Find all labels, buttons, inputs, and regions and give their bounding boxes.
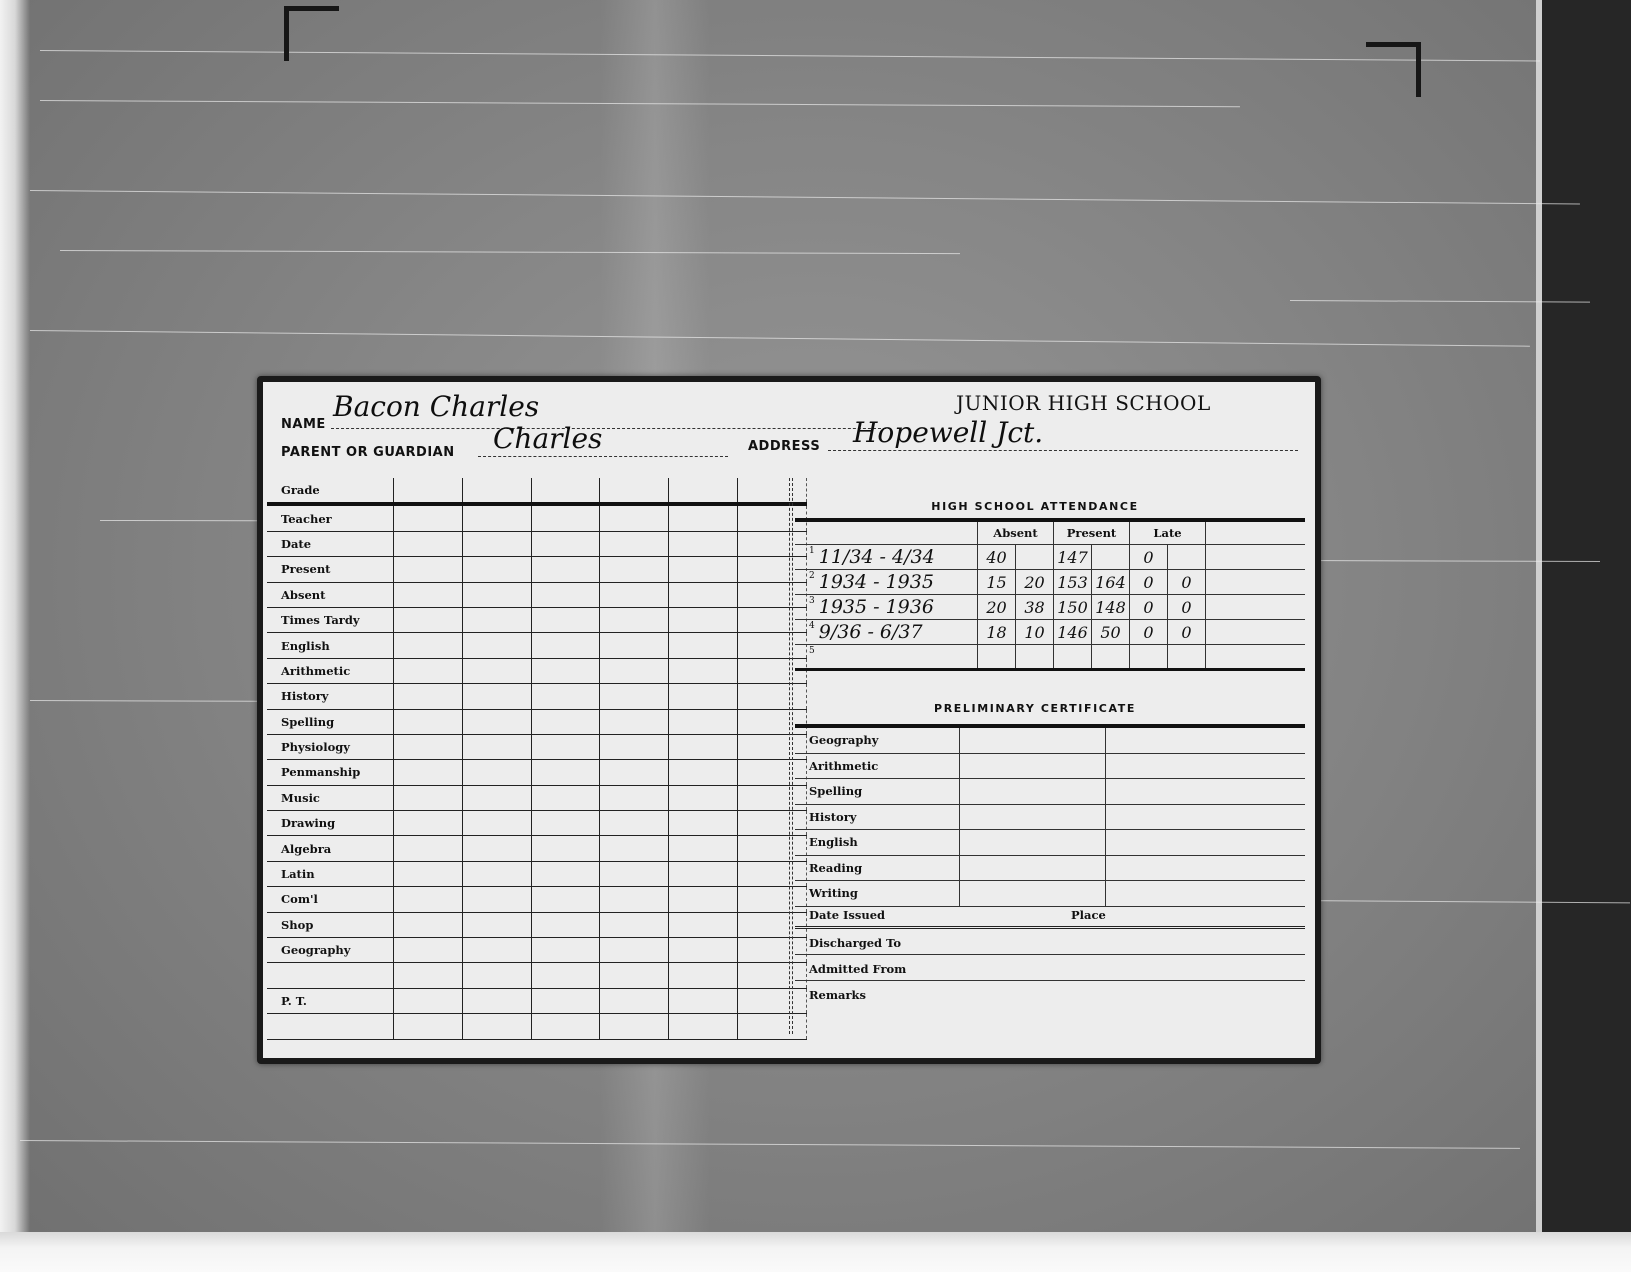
attendance-absent-value bbox=[1016, 545, 1054, 570]
certificate-cell bbox=[960, 830, 1106, 856]
certificate-cell bbox=[1106, 830, 1306, 856]
footer-field-label: Discharged To bbox=[809, 936, 901, 950]
attendance-table: AbsentPresentLate111/34 - 4/344014702193… bbox=[795, 522, 1305, 670]
attendance-row: 31935 - 1936203815014800 bbox=[795, 595, 1305, 620]
grade-cell bbox=[669, 938, 738, 963]
name-line bbox=[331, 428, 891, 429]
grade-cell bbox=[462, 478, 531, 504]
grade-cell bbox=[531, 760, 600, 785]
grade-cell bbox=[531, 836, 600, 861]
parent-value: Charles bbox=[493, 422, 602, 455]
grade-cell bbox=[462, 785, 531, 810]
grades-row-label: Latin bbox=[267, 861, 394, 886]
attendance-header-cell bbox=[795, 522, 978, 545]
grade-cell bbox=[462, 504, 531, 531]
grade-cell bbox=[394, 938, 463, 963]
grade-cell bbox=[669, 734, 738, 759]
grade-cell bbox=[394, 557, 463, 582]
attendance-row: 49/36 - 6/3718101465000 bbox=[795, 620, 1305, 645]
grade-cell bbox=[394, 988, 463, 1013]
grade-cell bbox=[669, 633, 738, 658]
certificate-row: Reading bbox=[795, 855, 1305, 881]
grade-cell bbox=[531, 504, 600, 531]
attendance-extra-cell bbox=[1206, 545, 1306, 570]
certificate-table: GeographyArithmeticSpellingHistoryEnglis… bbox=[795, 728, 1305, 907]
attendance-header-cell: Absent bbox=[978, 522, 1054, 545]
attendance-late-value: 0 bbox=[1130, 570, 1168, 595]
row-number: 3 bbox=[809, 596, 815, 606]
grade-cell bbox=[394, 760, 463, 785]
grade-cell bbox=[669, 504, 738, 531]
grade-cell bbox=[394, 887, 463, 912]
grade-cell bbox=[531, 811, 600, 836]
grade-cell bbox=[394, 861, 463, 886]
row-number: 1 bbox=[809, 546, 815, 556]
grade-cell bbox=[531, 963, 600, 988]
grades-row: Shop bbox=[267, 912, 807, 937]
attendance-late-value bbox=[1168, 545, 1206, 570]
school-title: JUNIOR HIGH SCHOOL bbox=[956, 391, 1211, 415]
grade-cell bbox=[600, 582, 669, 607]
grade-cell bbox=[462, 836, 531, 861]
attendance-extra-cell bbox=[1206, 620, 1306, 645]
grade-cell bbox=[669, 836, 738, 861]
grade-cell bbox=[394, 785, 463, 810]
grade-cell bbox=[669, 709, 738, 734]
address-value: Hopewell Jct. bbox=[853, 416, 1043, 449]
address-label: ADDRESS bbox=[748, 439, 820, 454]
attendance-absent-value: 15 bbox=[978, 570, 1016, 595]
certificate-subject: Geography bbox=[795, 728, 960, 753]
grades-row: Music bbox=[267, 785, 807, 810]
attendance-late-value: 0 bbox=[1168, 595, 1206, 620]
grade-cell bbox=[462, 988, 531, 1013]
grades-row: Spelling bbox=[267, 709, 807, 734]
footer-field-row: Remarks bbox=[795, 981, 1305, 1006]
period-value: 9/36 - 6/37 bbox=[819, 621, 923, 643]
attendance-title: HIGH SCHOOL ATTENDANCE bbox=[795, 500, 1275, 513]
grades-row: Physiology bbox=[267, 734, 807, 759]
grades-row: History bbox=[267, 684, 807, 709]
grade-cell bbox=[600, 912, 669, 937]
grade-cell bbox=[669, 912, 738, 937]
grade-cell bbox=[531, 887, 600, 912]
grade-cell bbox=[531, 633, 600, 658]
attendance-absent-value: 10 bbox=[1016, 620, 1054, 645]
certificate-cell bbox=[960, 779, 1106, 805]
crop-mark-top-right-icon bbox=[1366, 42, 1421, 97]
grades-row bbox=[267, 1014, 807, 1039]
grade-cell bbox=[394, 709, 463, 734]
grade-cell bbox=[462, 963, 531, 988]
attendance-extra-cell bbox=[1206, 595, 1306, 620]
grade-cell bbox=[531, 557, 600, 582]
issue-fields: Date Issued Place Discharged ToAdmitted … bbox=[795, 901, 1305, 1006]
attendance-header-cell bbox=[1206, 522, 1306, 545]
grade-cell bbox=[669, 557, 738, 582]
grades-row-label: Algebra bbox=[267, 836, 394, 861]
grades-row-label: History bbox=[267, 684, 394, 709]
attendance-row: 111/34 - 4/34401470 bbox=[795, 545, 1305, 570]
grades-row-label: Drawing bbox=[267, 811, 394, 836]
attendance-extra-cell bbox=[1206, 570, 1306, 595]
grades-table: GradeTeacherDatePresentAbsentTimes Tardy… bbox=[267, 478, 807, 1040]
attendance-late-value bbox=[1168, 645, 1206, 670]
grade-cell bbox=[394, 963, 463, 988]
grades-row-label: Physiology bbox=[267, 734, 394, 759]
attendance-present-value: 50 bbox=[1092, 620, 1130, 645]
grades-row: Absent bbox=[267, 582, 807, 607]
grades-row-label: Spelling bbox=[267, 709, 394, 734]
grades-row: Drawing bbox=[267, 811, 807, 836]
grades-row-label: Arithmetic bbox=[267, 658, 394, 683]
attendance-absent-value: 18 bbox=[978, 620, 1016, 645]
attendance-period: 111/34 - 4/34 bbox=[795, 545, 978, 570]
grade-cell bbox=[669, 988, 738, 1013]
certificate-row: Arithmetic bbox=[795, 753, 1305, 779]
grade-cell bbox=[531, 785, 600, 810]
grades-row: Penmanship bbox=[267, 760, 807, 785]
certificate-subject: Spelling bbox=[795, 779, 960, 805]
attendance-present-value: 153 bbox=[1054, 570, 1092, 595]
grades-row: Geography bbox=[267, 938, 807, 963]
grade-cell bbox=[600, 607, 669, 632]
grade-cell bbox=[462, 938, 531, 963]
attendance-late-value: 0 bbox=[1130, 620, 1168, 645]
grade-cell bbox=[600, 760, 669, 785]
grade-cell bbox=[669, 582, 738, 607]
crop-mark-top-left-icon bbox=[284, 6, 339, 61]
grade-cell bbox=[394, 633, 463, 658]
certificate-subject: History bbox=[795, 804, 960, 830]
grade-cell bbox=[462, 684, 531, 709]
attendance-header-cell: Present bbox=[1054, 522, 1130, 545]
attendance-extra-cell bbox=[1206, 645, 1306, 670]
grade-cell bbox=[394, 1014, 463, 1039]
period-value: 1934 - 1935 bbox=[819, 571, 934, 593]
period-value: 1935 - 1936 bbox=[819, 596, 934, 618]
grade-cell bbox=[462, 1014, 531, 1039]
grade-cell bbox=[394, 811, 463, 836]
certificate-row: History bbox=[795, 804, 1305, 830]
grade-cell bbox=[462, 709, 531, 734]
grade-cell bbox=[462, 557, 531, 582]
grade-cell bbox=[600, 709, 669, 734]
grade-cell bbox=[531, 684, 600, 709]
attendance-period: 21934 - 1935 bbox=[795, 570, 978, 595]
grade-cell bbox=[600, 684, 669, 709]
grade-cell bbox=[669, 760, 738, 785]
grades-row: Times Tardy bbox=[267, 607, 807, 632]
footer-field-label: Remarks bbox=[809, 988, 866, 1002]
grade-cell bbox=[531, 478, 600, 504]
grade-cell bbox=[600, 504, 669, 531]
footer-field-row: Discharged To bbox=[795, 929, 1305, 955]
attendance-absent-value: 20 bbox=[978, 595, 1016, 620]
attendance-present-value: 146 bbox=[1054, 620, 1092, 645]
attendance-present-value: 164 bbox=[1092, 570, 1130, 595]
attendance-present-value: 147 bbox=[1054, 545, 1092, 570]
grade-cell bbox=[669, 785, 738, 810]
grade-cell bbox=[394, 607, 463, 632]
address-line bbox=[828, 450, 1298, 451]
grades-row: Latin bbox=[267, 861, 807, 886]
attendance-absent-value: 38 bbox=[1016, 595, 1054, 620]
scan-left-edge bbox=[0, 0, 30, 1272]
footer-field-label: Admitted From bbox=[809, 962, 906, 976]
grade-cell bbox=[669, 684, 738, 709]
period-value: 11/34 - 4/34 bbox=[819, 546, 935, 568]
grades-row: Arithmetic bbox=[267, 658, 807, 683]
certificate-cell bbox=[960, 855, 1106, 881]
grades-row-label: Com'l bbox=[267, 887, 394, 912]
attendance-present-value bbox=[1092, 645, 1130, 670]
grades-row-label: English bbox=[267, 633, 394, 658]
grade-cell bbox=[394, 478, 463, 504]
attendance-present-value bbox=[1054, 645, 1092, 670]
record-card: JUNIOR HIGH SCHOOL NAME Bacon Charles PA… bbox=[257, 376, 1321, 1064]
attendance-bottom-rule bbox=[795, 668, 1305, 671]
grades-row-label: Penmanship bbox=[267, 760, 394, 785]
grade-cell bbox=[669, 811, 738, 836]
grade-cell bbox=[669, 861, 738, 886]
grade-cell bbox=[600, 478, 669, 504]
grade-cell bbox=[462, 734, 531, 759]
grade-cell bbox=[394, 836, 463, 861]
grade-cell bbox=[531, 582, 600, 607]
grade-cell bbox=[462, 582, 531, 607]
name-value: Bacon Charles bbox=[333, 390, 539, 423]
scan-right-edge bbox=[1536, 0, 1631, 1235]
grade-cell bbox=[669, 887, 738, 912]
certificate-subject: Reading bbox=[795, 855, 960, 881]
grades-row: Date bbox=[267, 531, 807, 556]
grade-cell bbox=[394, 582, 463, 607]
grades-row-label bbox=[267, 1014, 394, 1039]
grade-cell bbox=[600, 557, 669, 582]
certificate-row: English bbox=[795, 830, 1305, 856]
attendance-late-value: 0 bbox=[1168, 620, 1206, 645]
grade-cell bbox=[600, 861, 669, 886]
grade-cell bbox=[600, 633, 669, 658]
grade-cell bbox=[669, 963, 738, 988]
grade-cell bbox=[531, 531, 600, 556]
certificate-cell bbox=[1106, 804, 1306, 830]
attendance-absent-value bbox=[1016, 645, 1054, 670]
grade-cell bbox=[669, 478, 738, 504]
parent-line bbox=[478, 456, 728, 457]
grade-cell bbox=[531, 734, 600, 759]
attendance-header: AbsentPresentLate bbox=[795, 522, 1305, 545]
grade-cell bbox=[600, 938, 669, 963]
grade-cell bbox=[462, 531, 531, 556]
grade-cell bbox=[600, 836, 669, 861]
grade-cell bbox=[394, 912, 463, 937]
grades-row-label: Shop bbox=[267, 912, 394, 937]
grade-cell bbox=[462, 912, 531, 937]
attendance-late-value: 0 bbox=[1130, 545, 1168, 570]
grade-cell bbox=[531, 709, 600, 734]
grades-row-label: Date bbox=[267, 531, 394, 556]
grades-row bbox=[267, 963, 807, 988]
attendance-present-value: 148 bbox=[1092, 595, 1130, 620]
scan-bottom-edge bbox=[0, 1232, 1631, 1272]
parent-label: PARENT OR GUARDIAN bbox=[281, 445, 455, 460]
grade-cell bbox=[462, 861, 531, 886]
attendance-row: 5 bbox=[795, 645, 1305, 670]
grade-cell bbox=[669, 531, 738, 556]
grade-cell bbox=[462, 633, 531, 658]
grades-row-label: Absent bbox=[267, 582, 394, 607]
row-number: 4 bbox=[809, 621, 815, 631]
grade-cell bbox=[394, 658, 463, 683]
attendance-present-value: 150 bbox=[1054, 595, 1092, 620]
grades-row-label: Geography bbox=[267, 938, 394, 963]
name-label: NAME bbox=[281, 417, 326, 432]
grade-cell bbox=[531, 1014, 600, 1039]
grade-cell bbox=[531, 658, 600, 683]
certificate-cell bbox=[1106, 779, 1306, 805]
certificate-cell bbox=[960, 804, 1106, 830]
grade-cell bbox=[531, 861, 600, 886]
certificate-cell bbox=[960, 728, 1106, 753]
footer-field-row: Admitted From bbox=[795, 955, 1305, 981]
grade-cell bbox=[600, 811, 669, 836]
grade-cell bbox=[600, 988, 669, 1013]
certificate-subject: English bbox=[795, 830, 960, 856]
grade-cell bbox=[669, 607, 738, 632]
grades-row-label: P. T. bbox=[267, 988, 394, 1013]
grade-cell bbox=[531, 607, 600, 632]
attendance-late-value: 0 bbox=[1130, 595, 1168, 620]
date-issued-label: Date Issued bbox=[809, 908, 885, 922]
grades-row-label: Present bbox=[267, 557, 394, 582]
grade-cell bbox=[394, 531, 463, 556]
certificate-cell bbox=[960, 753, 1106, 779]
row-number: 2 bbox=[809, 571, 815, 581]
grade-cell bbox=[738, 1014, 807, 1039]
grade-cell bbox=[600, 658, 669, 683]
grades-row: Present bbox=[267, 557, 807, 582]
grades-row: P. T. bbox=[267, 988, 807, 1013]
attendance-present-value bbox=[1092, 545, 1130, 570]
grade-cell bbox=[600, 734, 669, 759]
grade-cell bbox=[600, 1014, 669, 1039]
attendance-period: 31935 - 1936 bbox=[795, 595, 978, 620]
attendance-late-value bbox=[1130, 645, 1168, 670]
grade-cell bbox=[462, 658, 531, 683]
grades-row: Teacher bbox=[267, 504, 807, 531]
grade-cell bbox=[462, 760, 531, 785]
grades-row-label: Times Tardy bbox=[267, 607, 394, 632]
grades-row-label bbox=[267, 963, 394, 988]
column-divider bbox=[789, 478, 793, 1034]
attendance-row: 21934 - 1935152015316400 bbox=[795, 570, 1305, 595]
grade-cell bbox=[394, 734, 463, 759]
attendance-period: 5 bbox=[795, 645, 978, 670]
row-number: 5 bbox=[809, 646, 815, 656]
grades-row: Com'l bbox=[267, 887, 807, 912]
grades-row-label: Music bbox=[267, 785, 394, 810]
certificate-title: PRELIMINARY CERTIFICATE bbox=[795, 702, 1275, 715]
grade-cell bbox=[600, 887, 669, 912]
attendance-absent-value: 40 bbox=[978, 545, 1016, 570]
grade-cell bbox=[531, 938, 600, 963]
grade-cell bbox=[462, 887, 531, 912]
grades-row: English bbox=[267, 633, 807, 658]
certificate-cell bbox=[1106, 855, 1306, 881]
grade-cell bbox=[531, 912, 600, 937]
certificate-subject: Arithmetic bbox=[795, 753, 960, 779]
attendance-absent-value: 20 bbox=[1016, 570, 1054, 595]
grade-cell bbox=[531, 988, 600, 1013]
grade-cell bbox=[669, 1014, 738, 1039]
grade-cell bbox=[600, 785, 669, 810]
certificate-cell bbox=[1106, 728, 1306, 753]
certificate-row: Spelling bbox=[795, 779, 1305, 805]
grades-row-label: Grade bbox=[267, 478, 394, 504]
grades-row-label: Teacher bbox=[267, 504, 394, 531]
grade-cell bbox=[462, 811, 531, 836]
grade-cell bbox=[394, 504, 463, 531]
grade-cell bbox=[462, 607, 531, 632]
certificate-cell bbox=[1106, 753, 1306, 779]
attendance-late-value: 0 bbox=[1168, 570, 1206, 595]
place-label: Place bbox=[1071, 908, 1106, 922]
certificate-row: Geography bbox=[795, 728, 1305, 753]
attendance-absent-value bbox=[978, 645, 1016, 670]
attendance-header-cell: Late bbox=[1130, 522, 1206, 545]
grade-cell bbox=[600, 963, 669, 988]
grade-cell bbox=[600, 531, 669, 556]
grade-cell bbox=[669, 658, 738, 683]
grade-cell bbox=[394, 684, 463, 709]
grades-row: Grade bbox=[267, 478, 807, 504]
grades-row: Algebra bbox=[267, 836, 807, 861]
attendance-period: 49/36 - 6/37 bbox=[795, 620, 978, 645]
